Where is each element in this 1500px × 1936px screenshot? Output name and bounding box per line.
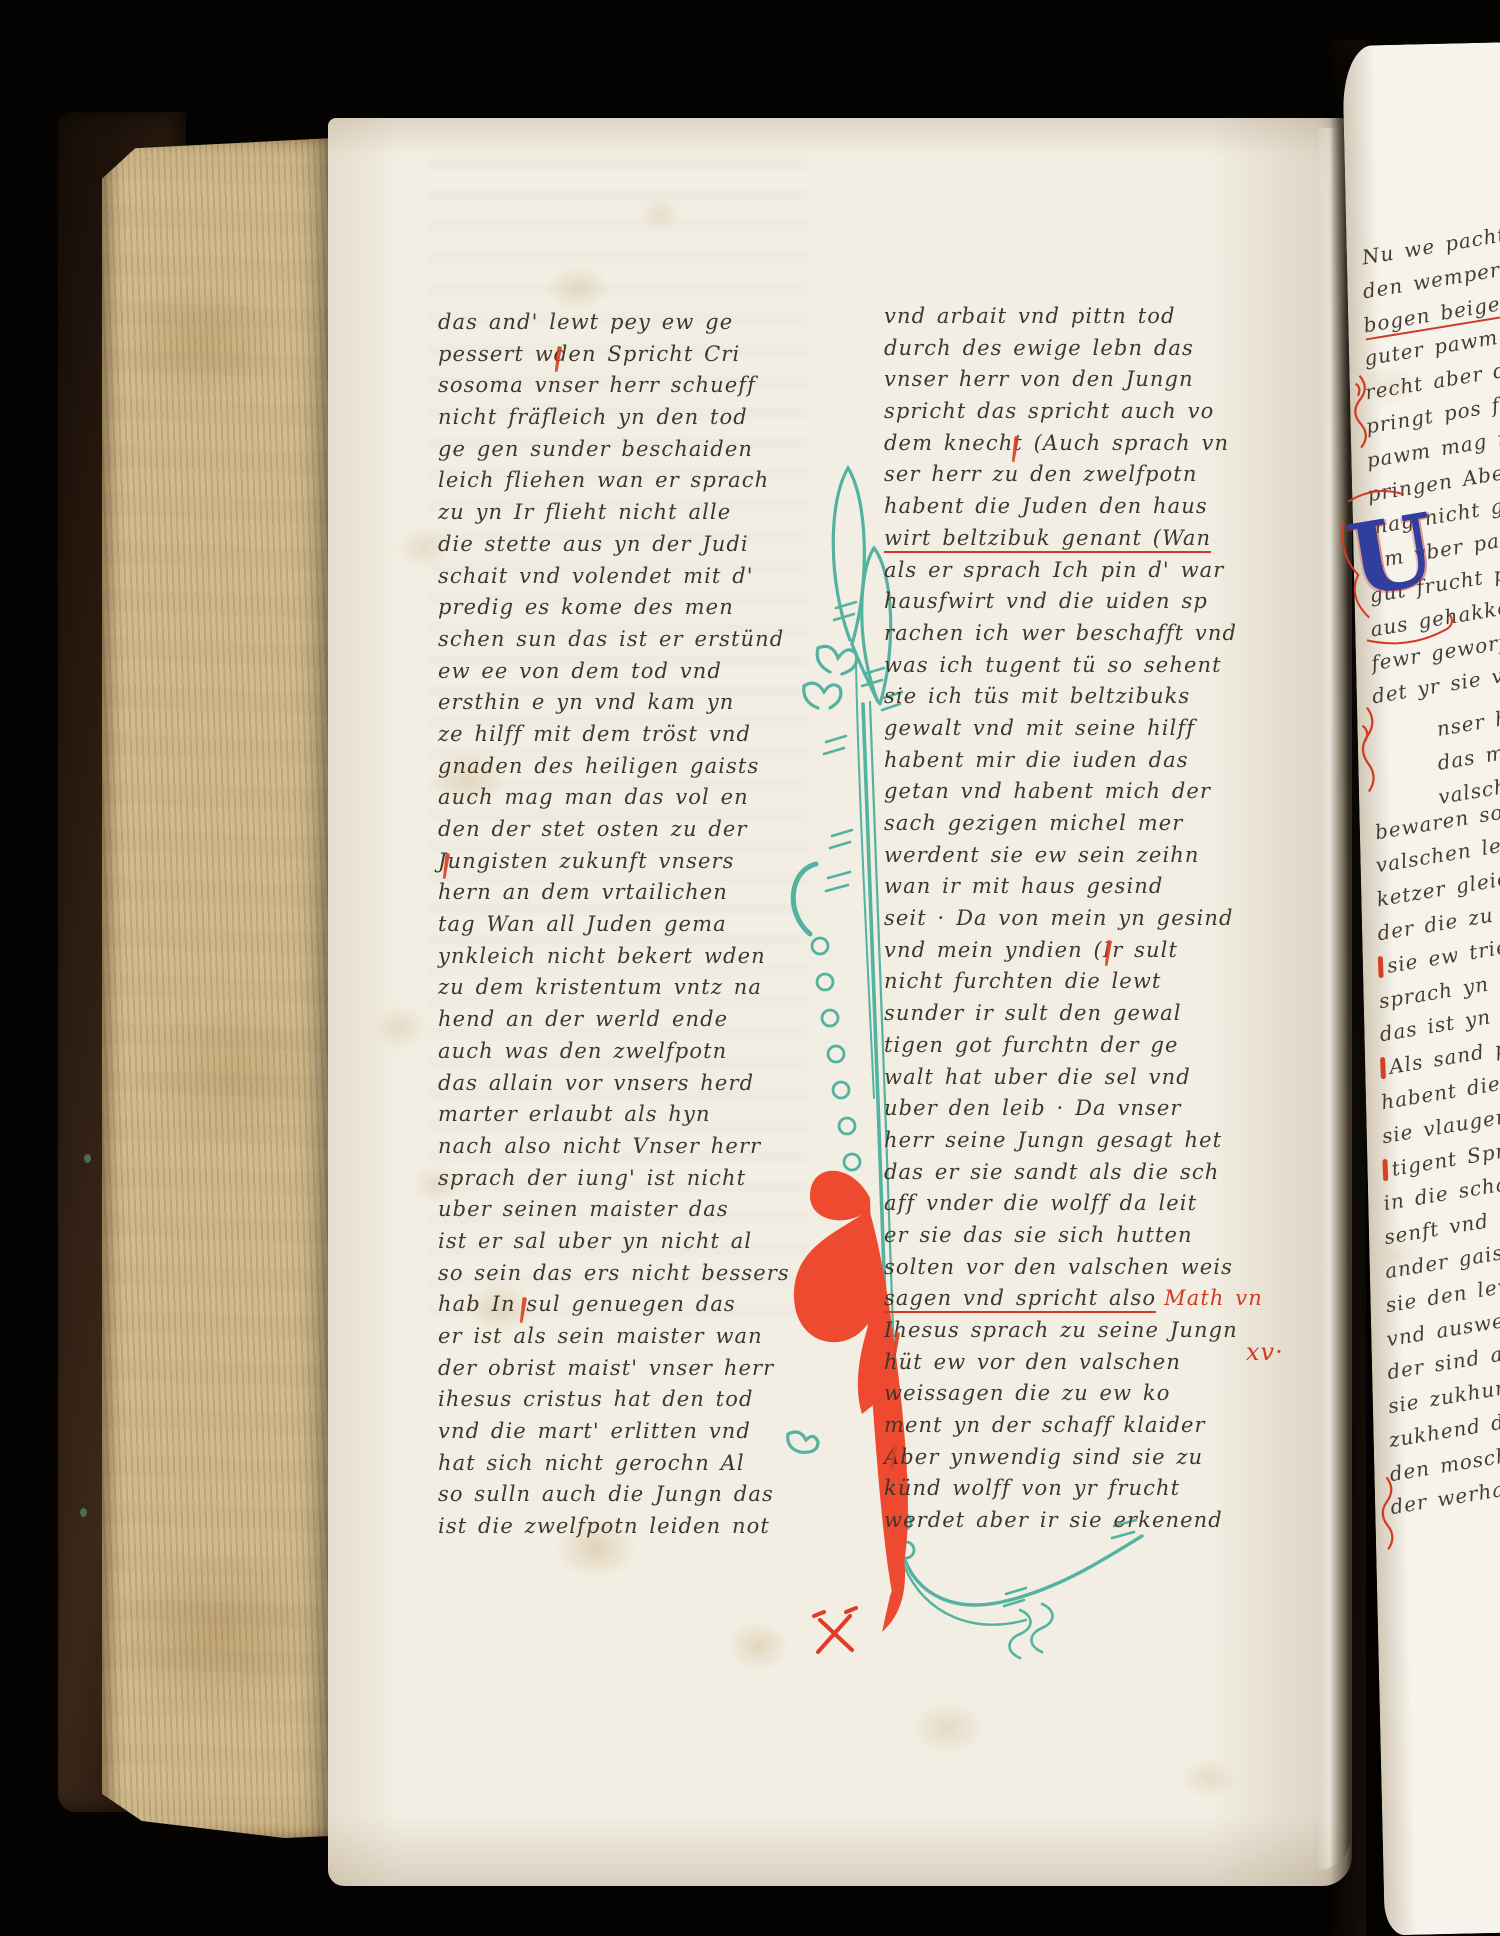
manuscript-line: dem knecht (Auch sprach vn (884, 431, 1284, 463)
manuscript-line: den der stet osten zu der (438, 817, 808, 849)
manuscript-line: vnser herr von den Jungn (884, 367, 1284, 399)
text-column-left: das and' lewt pey ew gepessert wden Spri… (438, 310, 808, 1546)
facing-page-text: Nu we pacht man abden wemper oder abboge… (1363, 240, 1500, 1529)
manuscript-line: sunder ir sult den gewal (884, 1001, 1284, 1033)
manuscript-line: uber den leib · Da vnser (884, 1096, 1284, 1128)
manuscript-line: Ihesus sprach zu seine Jungn (884, 1318, 1284, 1350)
manuscript-line: nicht fräfleich yn den tod (438, 405, 808, 437)
manuscript-line: spricht das spricht auch vo (884, 399, 1284, 431)
manuscript-line: werdet aber ir sie erkenend (884, 1508, 1284, 1540)
red-paraph-mark (1380, 1057, 1386, 1079)
manuscript-line: Aber ynwendig sind sie zu (884, 1445, 1284, 1477)
red-paraph-mark (1378, 956, 1384, 978)
manuscript-line: das allain vor vnsers herd (438, 1071, 808, 1103)
manuscript-line: tag Wan all Juden gema (438, 912, 808, 944)
manuscript-line: als er sprach Ich pin d' war (884, 558, 1284, 590)
manuscript-line: das er sie sandt als die sch (884, 1160, 1284, 1192)
manuscript-line: schait vnd volendet mit d' (438, 564, 808, 596)
manuscript-line: auch was den zwelfpotn (438, 1039, 808, 1071)
manuscript-line: getan vnd habent mich der (884, 779, 1284, 811)
rubric-text: Math vn (1164, 1286, 1263, 1310)
manuscript-line: ihesus cristus hat den tod (438, 1387, 808, 1419)
manuscript-line: er sie das sie sich hutten (884, 1223, 1284, 1255)
manuscript-line: durch des ewige lebn das (884, 336, 1284, 368)
manuscript-line: vnd die mart' erlitten vnd (438, 1419, 808, 1451)
manuscript-line: sagen vnd spricht alsoMath vn (884, 1286, 1284, 1318)
manuscript-line: wan ir mit haus gesind (884, 874, 1284, 906)
illuminated-initial-U: U (1342, 501, 1442, 612)
manuscript-line: der obrist maist' vnser herr (438, 1356, 808, 1388)
manuscript-line: uber seinen maister das (438, 1197, 808, 1229)
manuscript-line: hausfwirt vnd die uiden sp (884, 589, 1284, 621)
manuscript-line: predig es kome des men (438, 595, 808, 627)
red-paraph-mark (1382, 1158, 1388, 1180)
manuscript-line: aff vnder die wolff da leit (884, 1191, 1284, 1223)
manuscript-line: wirt beltzibuk genant (Wan (884, 526, 1284, 558)
manuscript-line: hern an dem vrtailichen (438, 880, 808, 912)
manuscript-line: hüt ew vor den valschen (884, 1350, 1284, 1382)
manuscript-line: zu yn Ir flieht nicht alle (438, 500, 808, 532)
manuscript-line: hat sich nicht gerochn Al (438, 1451, 808, 1483)
manuscript-line: die stette aus yn der Judi (438, 532, 808, 564)
manuscript-line: ment yn der schaff klaider (884, 1413, 1284, 1445)
manuscript-line: marter erlaubt als hyn (438, 1102, 808, 1134)
manuscript-line: rachen ich wer beschafft vnd (884, 621, 1284, 653)
manuscript-line: pessert wden Spricht Cri (438, 342, 808, 374)
manuscript-line: so sein das ers nicht bessers (438, 1261, 808, 1293)
margin-verse-ref: xv· (1246, 1338, 1284, 1366)
manuscript-line: nach also nicht Vnser herr (438, 1134, 808, 1166)
clasp-remnant (80, 1508, 87, 1517)
manuscript-line: habent die Juden den haus (884, 494, 1284, 526)
manuscript-line: solten vor den valschen weis (884, 1255, 1284, 1287)
manuscript-line: er ist als sein maister wan (438, 1324, 808, 1356)
manuscript-line: sach gezigen michel mer (884, 811, 1284, 843)
manuscript-line: vnd mein yndien (Ir sult (884, 938, 1284, 970)
manuscript-line: sprach der iung' ist nicht (438, 1166, 808, 1198)
manuscript-line: seit · Da von mein yn gesind (884, 906, 1284, 938)
manuscript-line: ze hilff mit dem tröst vnd (438, 722, 808, 754)
manuscript-line: werdent sie ew sein zeihn (884, 843, 1284, 875)
manuscript-line: ew ee von dem tod vnd (438, 659, 808, 691)
manuscript-line: ge gen sunder beschaiden (438, 437, 808, 469)
manuscript-line: Jungisten zukunft vnsers (438, 849, 808, 881)
manuscript-line: leich fliehen wan er sprach (438, 468, 808, 500)
manuscript-line: das and' lewt pey ew ge (438, 310, 808, 342)
manuscript-line: künd wolff von yr frucht (884, 1476, 1284, 1508)
manuscript-line: zu dem kristentum vntz na (438, 975, 808, 1007)
manuscript-line: ser herr zu den zwelfpotn (884, 462, 1284, 494)
manuscript-line: so sulln auch die Jungn das (438, 1482, 808, 1514)
text-column-right: vnd arbait vnd pittn toddurch des ewige … (884, 304, 1284, 1540)
manuscript-line: nicht furchten die lewt (884, 969, 1284, 1001)
manuscript-line: gewalt vnd mit seine hilff (884, 716, 1284, 748)
manuscript-line: herr seine Jungn gesagt het (884, 1128, 1284, 1160)
manuscript-line: schen sun das ist er erstünd (438, 627, 808, 659)
manuscript-photograph: das and' lewt pey ew gepessert wden Spri… (0, 0, 1500, 1936)
manuscript-line: habent mir die iuden das (884, 748, 1284, 780)
red-cross-mark (814, 1608, 856, 1652)
manuscript-line: auch mag man das vol en (438, 785, 808, 817)
manuscript-line: vnd arbait vnd pittn tod (884, 304, 1284, 336)
manuscript-line: hend an der werld ende (438, 1007, 808, 1039)
manuscript-line: sie ich tüs mit beltzibuks (884, 684, 1284, 716)
manuscript-line: ist die zwelfpotn leiden not (438, 1514, 808, 1546)
manuscript-line: weissagen die zu ew ko (884, 1381, 1284, 1413)
manuscript-line: walt hat uber die sel vnd (884, 1065, 1284, 1097)
manuscript-line: was ich tugent tü so sehent (884, 653, 1284, 685)
manuscript-line: ynkleich nicht bekert wden (438, 944, 808, 976)
manuscript-line: ist er sal uber yn nicht al (438, 1229, 808, 1261)
manuscript-line: gnaden des heiligen gaists (438, 754, 808, 786)
manuscript-line: tigen got furchtn der ge (884, 1033, 1284, 1065)
manuscript-line: ersthin e yn vnd kam yn (438, 690, 808, 722)
manuscript-line: hab In sul genuegen das (438, 1292, 808, 1324)
clasp-remnant (84, 1154, 91, 1163)
manuscript-line: sosoma vnser herr schueff (438, 373, 808, 405)
